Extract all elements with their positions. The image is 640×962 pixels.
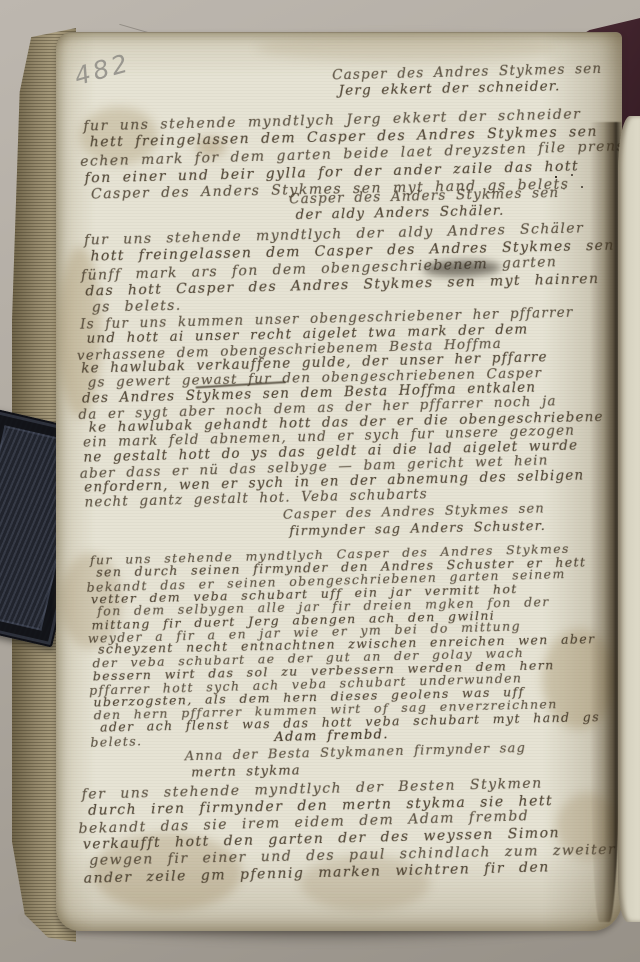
heading-anna-stykmanen: Anna der Besta Stykmanen firmynder sagme… xyxy=(185,740,527,782)
pencil-page-number: 482 xyxy=(71,48,133,91)
handwriting-layer: 482 Casper des Andres Stykmes senJerg ek… xyxy=(0,0,640,962)
paragraph-5: fer uns stehende myndtlych der Besten St… xyxy=(81,774,616,887)
photo-of-open-manuscript-book: 482 Casper des Andres Stykmes senJerg ek… xyxy=(0,0,640,962)
heading-casper-schneider: Casper des Andres Stykmes senJerg ekkert… xyxy=(332,61,603,100)
paragraph-4: fur uns stehende myndtlych Casper des An… xyxy=(90,542,601,748)
heading-casper-schaeler: Casper des Anders Stykmes sender aldy An… xyxy=(289,185,560,224)
heading-casper-schuster: Casper des Andres Stykmes senfirmynder s… xyxy=(283,501,546,540)
signature-adam-frembd: Adam frembd. xyxy=(274,727,389,745)
facing-page-sliver xyxy=(618,116,640,922)
paragraph-2: fur uns stehende myndtlych der aldy Andr… xyxy=(84,220,616,318)
paragraph-3: Is fur uns kummen unser obengeschriebene… xyxy=(80,305,606,510)
